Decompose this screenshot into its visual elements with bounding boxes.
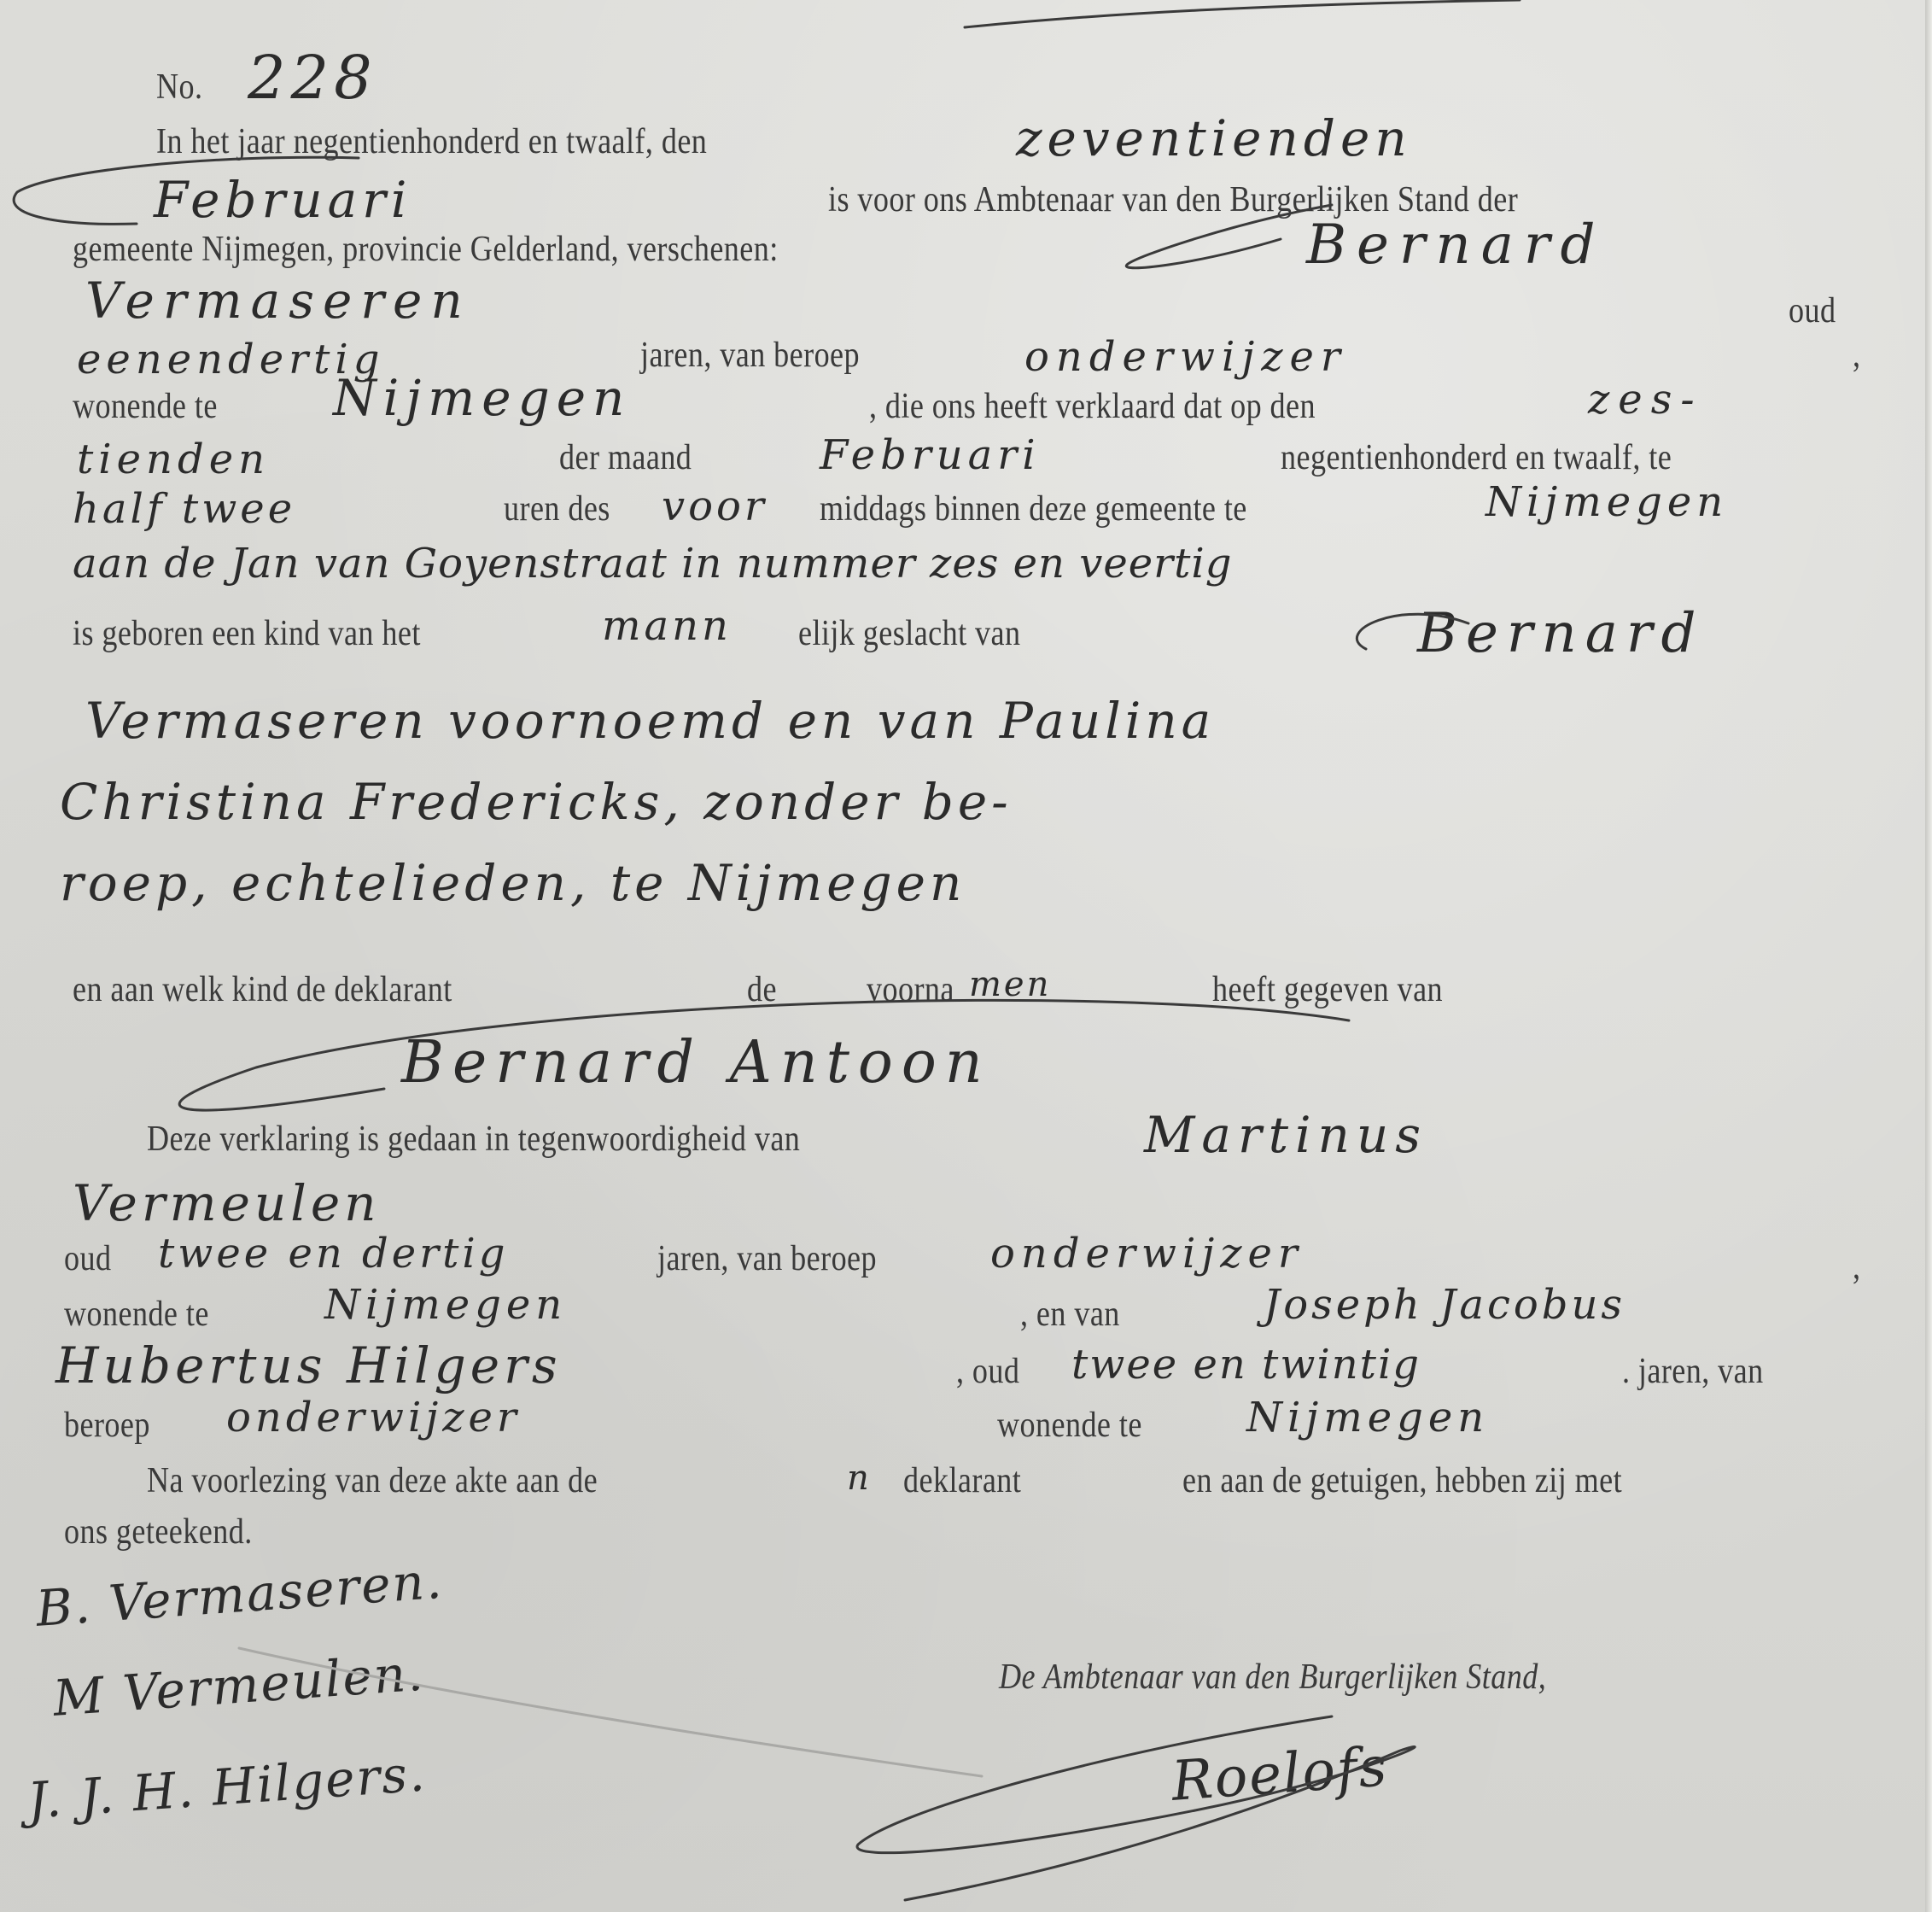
hand-date-day: zeventienden [1016,109,1412,167]
signature-declarant: B. Vermaseren. [34,1552,445,1638]
hand-witness1-surname: Vermeulen [73,1174,381,1232]
hand-witness2-rest-names: Hubertus Hilgers [55,1336,562,1395]
printed-jaren-beroep: jaren, van beroep [640,335,860,376]
printed-geboren: is geboren een kind van het [73,613,421,654]
official-title: De Ambtenaar van den Burgerlijken Stand, [999,1657,1546,1698]
document-page: No. 228 In het jaar negentienhonderd en … [0,0,1932,1912]
printed-voorna: voorna [867,969,954,1010]
hand-declarant-surname: Vermaseren [85,272,471,330]
printed-wonende-te: wonende te [73,386,218,427]
hand-witness1-first-name: Martinus [1144,1106,1427,1164]
hand-birth-day-b: tienden [77,436,270,483]
signature-official: Roelofs [1170,1735,1391,1814]
printed-w2-jaren-van: . jaren, van [1622,1351,1764,1392]
printed-w1-oud: oud [64,1238,111,1279]
record-number-label: No. [156,67,202,108]
flourish-top-stroke [965,0,1520,27]
printed-oud: oud [1789,290,1836,331]
printed-declared: , die ons heeft verklaard dat op den [869,386,1316,427]
printed-geslacht-van: elijk geslacht van [798,613,1020,654]
hand-date-month: Februari [154,171,411,229]
printed-intro-year: In het jaar negentienhonderd en twaalf, … [156,121,707,162]
record-number-value: 228 [248,43,377,113]
printed-closing-deklarant: deklarant [903,1460,1021,1501]
printed-w2-oud: , oud [956,1351,1019,1392]
printed-closing-line2: ons geteekend. [64,1511,253,1552]
signature-witness2: J. J. H. Hilgers. [26,1744,428,1829]
hand-parents-line3: roep, echtelieden, te Nijmegen [60,854,966,912]
printed-witness-intro: Deze verklaring is gedaan in tegenwoordi… [147,1119,800,1160]
hand-birth-month: Februari [820,431,1041,479]
printed-closing-c: en aan de getuigen, hebben zij met [1182,1460,1622,1501]
hand-birth-day-a: zes- [1588,376,1703,424]
printed-municipality: gemeente Nijmegen, provincie Gelderland,… [73,229,779,270]
printed-gegeven-van: heeft gegeven van [1212,969,1443,1010]
hand-witness2-first-names: Joseph Jacobus [1264,1281,1626,1329]
hand-declarant-profession: onderwijzer [1024,333,1347,381]
printed-en-van: , en van [1020,1294,1120,1335]
hand-birth-address: aan de Jan van Goyenstraat in nummer zes… [73,540,1232,588]
printed-comma: , [1853,335,1860,376]
printed-uren-des: uren des [504,488,610,529]
hand-father-first-name: Bernard [1417,602,1704,665]
printed-middags-gemeente: middags binnen deze gemeente te [820,488,1247,529]
hand-declarant-residence: Nijmegen [333,369,631,427]
hand-witness1-age: twee en dertig [158,1230,508,1278]
hand-child-name: Bernard Antoon [401,1029,991,1096]
hand-birth-time: half twee [73,485,295,533]
hand-witness2-profession: onderwijzer [226,1394,521,1441]
hand-witness1-residence: Nijmegen [324,1281,567,1329]
hand-parents-line2: Christina Fredericks, zonder be- [60,773,1013,831]
printed-w1-jaren-beroep: jaren, van beroep [657,1238,877,1279]
signature-witness1: M Vermeulen. [51,1644,426,1728]
printed-w2-beroep: beroep [64,1405,150,1446]
hand-parents-line1: Vermaseren voornoemd en van Paulina [85,692,1215,750]
hand-witness1-profession: onderwijzer [990,1230,1304,1278]
printed-closing-a: Na voorlezing van deze akte aan de [147,1460,598,1501]
hand-declarant-first-name: Bernard [1306,213,1605,277]
hand-witness2-age: twee en twintig [1071,1341,1421,1389]
hand-witness2-residence: Nijmegen [1246,1394,1489,1441]
hand-birth-place: Nijmegen [1485,478,1728,526]
hand-closing-suffix: n [847,1459,872,1498]
printed-year-te: negentienhonderd en twaalf, te [1281,437,1672,478]
hand-voornamen-suffix: men [969,965,1051,1004]
page-edge [1925,0,1932,1912]
printed-w1-comma: , [1853,1247,1860,1288]
printed-der-maand: der maand [559,437,692,478]
printed-w2-wonende: wonende te [997,1405,1142,1446]
printed-kind-deklarant: en aan welk kind de deklarant [73,969,452,1010]
printed-w1-wonende: wonende te [64,1294,209,1335]
printed-de: de [747,969,777,1010]
hand-ampm: voor [662,482,768,530]
hand-child-sex: mann [602,602,732,650]
